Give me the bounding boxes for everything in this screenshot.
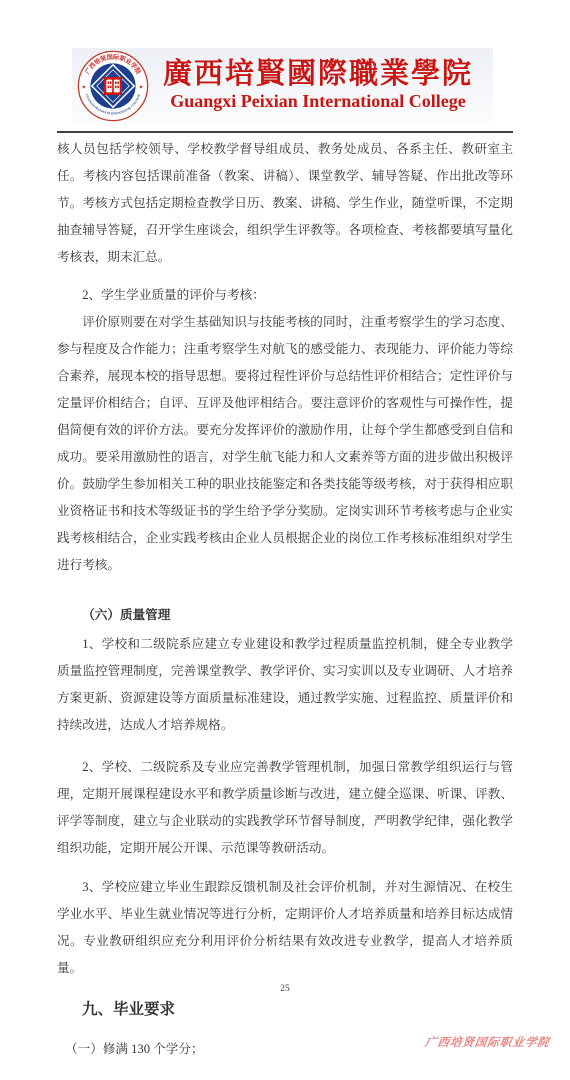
paragraph-student-quality-item: 2、学生学业质量的评价与考核：	[57, 282, 513, 309]
paragraph-quality-item-2: 2、学校、二级院系及专业应完善教学管理机制，加强日常教学组织运行与管理，定期开展…	[57, 754, 513, 862]
header-divider	[57, 131, 513, 133]
paragraph-assessment-continuation: 核人员包括学校领导、学校教学督导组成员、教务处成员、各系主任、教研室主任。考核内…	[57, 136, 513, 271]
paragraph-evaluation-principles: 评价原则要在对学生基础知识与技能考核的同时，注重考察学生的学习态度、参与程度及合…	[57, 309, 513, 579]
section-heading-quality-management: （六）质量管理	[57, 602, 513, 629]
document-body: 核人员包括学校领导、学校教学督导组成员、教务处成员、各系主任、教研室主任。考核内…	[57, 136, 513, 1063]
signature-watermark: 广西培贤国际职业学院	[424, 1034, 551, 1050]
college-seal-logo: 广西培贤国际职业学院 GUANGXI PEIXIAN INTERNATIONAL…	[77, 50, 149, 122]
college-header-banner: 广西培贤国际职业学院 GUANGXI PEIXIAN INTERNATIONAL…	[72, 48, 493, 123]
college-name-english: Guangxi Peixian International College	[149, 91, 487, 113]
document-page: 广西培贤国际职业学院 GUANGXI PEIXIAN INTERNATIONAL…	[0, 0, 570, 1080]
college-name-chinese: 廣西培賢國際職業學院	[149, 58, 487, 91]
chapter-heading-graduation: 九、毕业要求	[57, 995, 513, 1025]
college-titles: 廣西培賢國際職業學院 Guangxi Peixian International…	[149, 58, 493, 113]
paragraph-quality-item-1: 1、学校和二级院系应建立专业建设和教学过程质量监控机制，健全专业教学质量监控管理…	[57, 631, 513, 739]
seal-star-left-icon: ★	[82, 84, 87, 90]
page-number: 25	[0, 984, 570, 994]
paragraph-quality-item-3: 3、学校应建立毕业生跟踪反馈机制及社会评价机制，并对生源情况、在校生学业水平、毕…	[57, 874, 513, 982]
seal-star-right-icon: ★	[139, 84, 144, 90]
